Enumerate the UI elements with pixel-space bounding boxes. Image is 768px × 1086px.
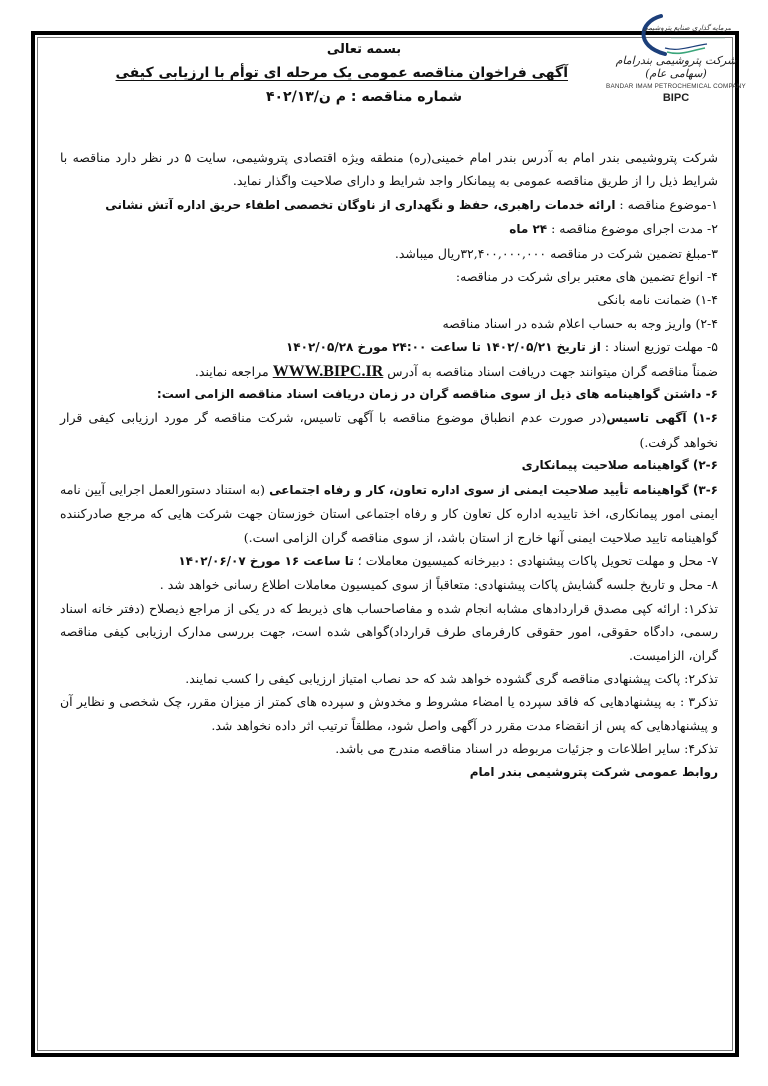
item-distribution: ۵- مهلت توزیع اسناد : از تاریخ ۱۴۰۲/۰۵/۲…	[60, 335, 718, 359]
page-title: آگهی فراخوان مناقصه عمومی یک مرحله ای تو…	[160, 65, 568, 81]
item-cert-3: ۳-۶) گواهینامه تأیید صلاحیت ایمنی از سوی…	[60, 478, 718, 549]
item-cert-1: ۱-۶) آگهی تاسیس(در صورت عدم انطباق موضوع…	[60, 406, 718, 454]
subject-value: ارائه خدمات راهبری، حفظ و نگهداری از ناو…	[105, 198, 615, 212]
cert-3-label: ۳-۶) گواهینامه تأیید صلاحیت ایمنی از سوی…	[269, 483, 718, 497]
item-guarantee-types: ۴- انواع تضمین های معتبر برای شرکت در من…	[60, 265, 718, 288]
note-2: تذکر۲: پاکت پیشنهادی مناقصه گری گشوده خو…	[60, 667, 718, 690]
item-cert-2: ۲-۶) گواهینامه صلاحیت پیمانکاری	[60, 454, 718, 477]
logo-en-name: BANDAR IMAM PETROCHEMICAL COMPANY	[606, 83, 746, 90]
item-guarantee-type-2: ۲-۴) واریز وجه به حساب اعلام شده در اسنا…	[60, 312, 718, 335]
document-header: بسمه تعالی آگهی فراخوان مناقصه عمومی یک …	[160, 38, 568, 105]
duration-label: ۲- مدت اجرای موضوع مناقصه :	[547, 221, 718, 236]
logo-arc-icon: شرکت سرمایه گذاری صنایع پتروشیمی	[621, 12, 731, 58]
item-guarantee-type-1: ۱-۴) ضمانت نامه بانکی	[60, 288, 718, 311]
bismillah: بسمه تعالی	[160, 42, 568, 57]
intro-paragraph: شرکت پتروشیمی بندر امام به آدرس بندر اما…	[60, 146, 718, 193]
logo-fa-name: شرکت پتروشیمی بندرامام (سهامی عام)	[606, 54, 746, 80]
note-1: تذکر۱: ارائه کپی مصدق قراردادهای مشابه ا…	[60, 597, 718, 667]
delivery-value: تا ساعت ۱۶ مورخ ۱۴۰۲/۰۶/۰۷	[178, 554, 353, 568]
cert-1-label: ۱-۶) آگهی تاسیس	[606, 411, 718, 425]
item-opening: ۸- محل و تاریخ جلسه گشایش پاکات پیشنهادی…	[60, 573, 718, 596]
item-guarantee-amount: ۳-مبلغ تضمین شرکت در مناقصه ۳۲,۴۰۰,۰۰۰,۰…	[60, 242, 718, 265]
item-certificates-title: ۶- داشتن گواهینامه های ذیل از سوی مناقصه…	[60, 383, 718, 406]
company-logo: شرکت سرمایه گذاری صنایع پتروشیمی شرکت پت…	[606, 12, 746, 112]
bipc-website-link[interactable]: WWW.BIPC.IR	[273, 363, 384, 380]
item-duration: ۲- مدت اجرای موضوع مناقصه : ۲۴ ماه	[60, 217, 718, 241]
distribution-value: از تاریخ ۱۴۰۲/۰۵/۲۱ تا ساعت ۲۴:۰۰ مورخ ۱…	[286, 340, 601, 354]
distribution-label: ۵- مهلت توزیع اسناد :	[601, 339, 718, 354]
item-download: ضمناً مناقصه گران میتوانند جهت دریافت اس…	[60, 360, 718, 383]
item-subject: ۱-موضوع مناقصه : ارائه خدمات راهبری، حفظ…	[60, 193, 718, 217]
tender-number: شماره مناقصه : م ن/۴۰۲/۱۳	[160, 89, 568, 105]
note-3: تذکر۳ : به پیشنهادهایی که فاقد سپرده یا …	[60, 690, 718, 737]
note-4: تذکر۴: سایر اطلاعات و جزئیات مربوطه در ا…	[60, 737, 718, 760]
logo-abbr: BIPC	[606, 92, 746, 104]
delivery-label: ۷- محل و مهلت تحویل پاکات پیشنهادی : دبی…	[354, 553, 718, 568]
download-text-before: ضمناً مناقصه گران میتوانند جهت دریافت اس…	[383, 364, 718, 379]
download-text-after: مراجعه نمایند.	[195, 364, 273, 379]
duration-value: ۲۴ ماه	[509, 222, 547, 236]
logo-arc-text: شرکت سرمایه گذاری صنایع پتروشیمی	[643, 23, 731, 32]
signature: روابط عمومی شرکت پتروشیمی بندر امام	[60, 761, 718, 784]
document-body: شرکت پتروشیمی بندر امام به آدرس بندر اما…	[60, 146, 718, 784]
subject-label: ۱-موضوع مناقصه :	[615, 197, 718, 212]
item-delivery: ۷- محل و مهلت تحویل پاکات پیشنهادی : دبی…	[60, 549, 718, 573]
